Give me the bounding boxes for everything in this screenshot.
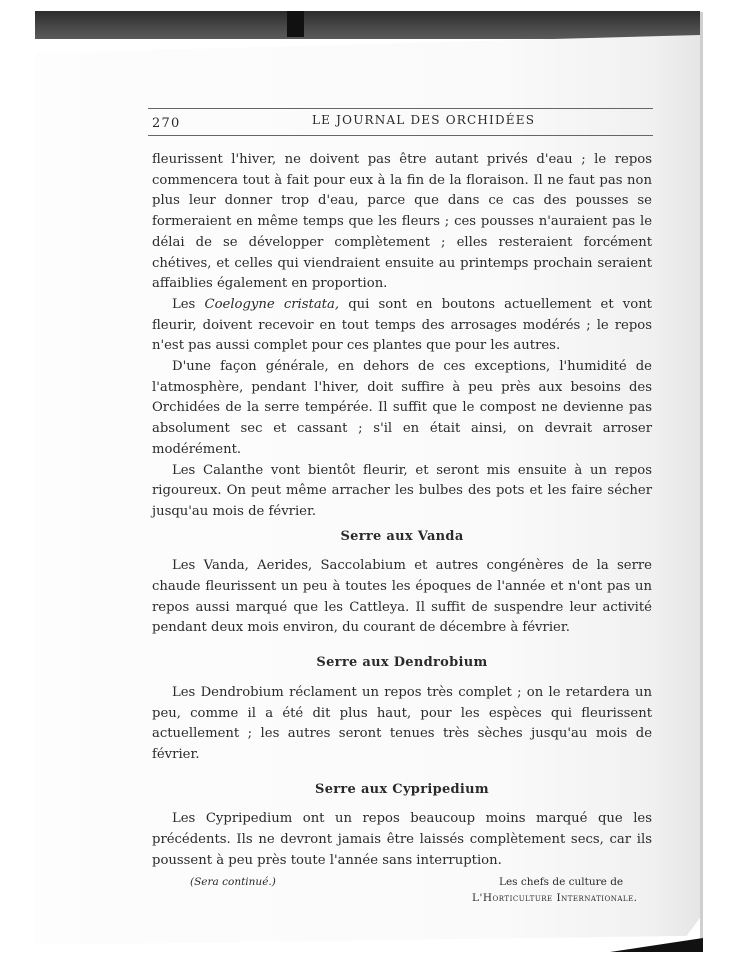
article-body: fleurissent l'hiver, ne doivent pas être… xyxy=(152,150,652,872)
species-name: Coelogyne cristata, xyxy=(205,297,340,312)
journal-title: LE JOURNAL DES ORCHIDÉES xyxy=(312,113,535,127)
paragraph-lead: Les xyxy=(172,297,205,312)
scanner-shadow-band xyxy=(35,11,700,39)
signature-line-1: Les chefs de culture de xyxy=(499,876,623,888)
signature-line-2: L'Horticulture Internationale. xyxy=(472,892,638,904)
header-bottom-rule xyxy=(148,135,653,136)
section-title-vanda: Serre aux Vanda xyxy=(152,527,652,548)
paragraph: fleurissent l'hiver, ne doivent pas être… xyxy=(152,150,652,295)
paragraph: Les Calanthe vont bientôt fleurir, et se… xyxy=(152,461,652,523)
page-bottom-corner-shadow xyxy=(610,938,703,952)
page-content: 270 LE JOURNAL DES ORCHIDÉES fleurissent… xyxy=(152,108,652,916)
section-title-dendrobium: Serre aux Dendrobium xyxy=(152,653,652,674)
section-paragraph: Les Vanda, Aerides, Saccolabium et autre… xyxy=(152,556,652,639)
page-right-edge xyxy=(700,12,703,949)
section-paragraph: Les Dendrobium réclament un repos très c… xyxy=(152,683,652,766)
paragraph: Les Coelogyne cristata, qui sont en bout… xyxy=(152,295,652,357)
paragraph: D'une façon générale, en dehors de ces e… xyxy=(152,357,652,461)
article-signoff: (Sera continué.) Les chefs de culture de… xyxy=(152,876,652,916)
running-head: 270 LE JOURNAL DES ORCHIDÉES xyxy=(152,109,652,135)
continued-note: (Sera continué.) xyxy=(190,876,276,888)
page-number: 270 xyxy=(152,116,180,131)
section-title-cypripedium: Serre aux Cypripedium xyxy=(152,780,652,801)
book-spine-gap xyxy=(287,11,304,37)
section-paragraph: Les Cypripedium ont un repos beaucoup mo… xyxy=(152,809,652,871)
